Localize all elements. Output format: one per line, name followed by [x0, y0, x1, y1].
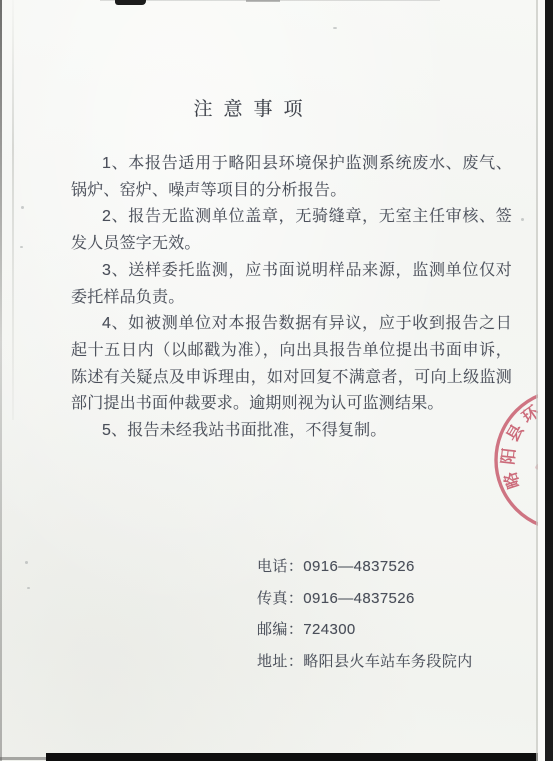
notice-list: 1、本报告适用于略阳县环境保护监测系统废水、废气、锅炉、窑炉、噪声等项目的分析报…	[71, 151, 512, 445]
scan-speck	[27, 587, 30, 589]
contact-row-address: 地址：略阳县火车站车务段院内	[257, 646, 473, 678]
scan-edge-right	[545, 0, 553, 761]
scan-speck	[21, 206, 24, 209]
notice-paragraph-3: 3、送样委托监测，应书面说明样品来源，监测单位仅对委托样品负责。	[71, 258, 512, 311]
contact-colon: ：	[288, 590, 303, 607]
contact-colon: ：	[288, 558, 303, 575]
scan-edge-left	[0, 0, 2, 761]
contact-value: 0916—4837526	[303, 590, 415, 607]
contact-label: 邮编	[257, 621, 288, 638]
scan-edge-bottom-left	[0, 757, 46, 760]
contact-value: 0916—4837526	[303, 558, 415, 575]
page-title: 注意事项	[33, 94, 474, 121]
contact-colon: ：	[288, 653, 303, 670]
scan-speck	[20, 246, 23, 248]
contact-row-fax: 传真：0916—4837526	[257, 583, 473, 615]
contact-row-postcode: 邮编：724300	[257, 614, 473, 646]
notice-paragraph-5: 5、报告未经我站书面批准，不得复制。	[71, 418, 512, 445]
contact-value: 724300	[303, 621, 355, 638]
scan-speck	[25, 561, 28, 564]
contact-row-phone: 电话：0916—4837526	[257, 551, 473, 583]
notice-paragraph-4: 4、如被测单位对本报告数据有异议，应于收到报告之日起十五日内（以邮戳为准），向出…	[71, 311, 512, 418]
contact-value: 略阳县火车站车务段院内	[303, 653, 472, 670]
contact-label: 地址	[257, 653, 288, 670]
scan-edge-top-smudge	[246, 0, 280, 2]
scan-speck	[521, 218, 524, 221]
scan-speck	[333, 27, 337, 29]
contact-colon: ：	[288, 621, 303, 638]
scanned-document-page: 注意事项 1、本报告适用于略阳县环境保护监测系统废水、废气、锅炉、窑炉、噪声等项…	[0, 0, 553, 761]
paper-crease-line	[12, 0, 14, 420]
contact-label: 传真	[257, 590, 288, 607]
scan-edge-bottom	[46, 753, 553, 761]
scan-edge-top-blob	[115, 0, 146, 5]
notice-paragraph-1: 1、本报告适用于略阳县环境保护监测系统废水、废气、锅炉、窑炉、噪声等项目的分析报…	[71, 151, 512, 204]
contact-label: 电话	[257, 558, 288, 575]
contact-block: 电话：0916—4837526 传真：0916—4837526 邮编：72430…	[257, 551, 473, 677]
notice-paragraph-2: 2、报告无监测单位盖章，无骑缝章，无室主任审核、签发人员签字无效。	[71, 204, 512, 257]
scan-edge-right-gap	[538, 0, 545, 761]
